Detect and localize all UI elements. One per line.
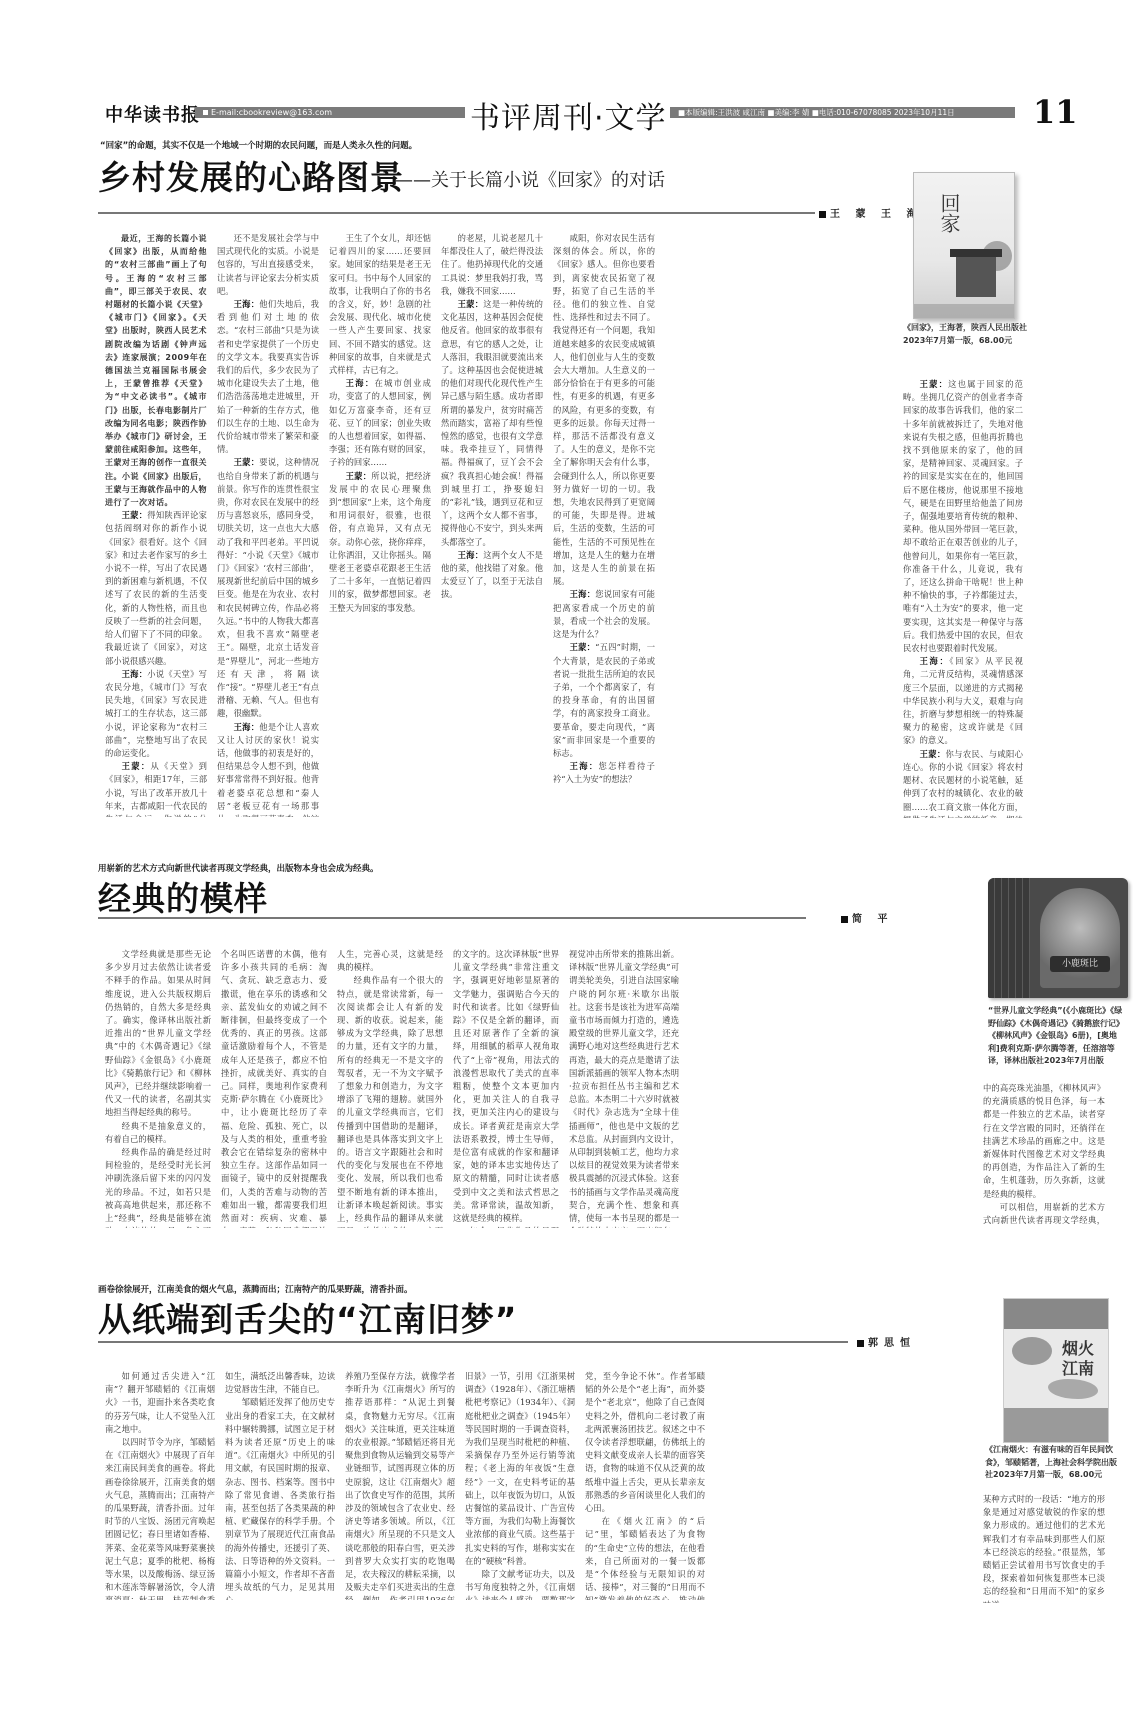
book-caption-jiangnan: 《江南烟火：有滋有味的百年民间饮食》，邹赜韬著，上海社会科学院出版社2023年7… [985, 1444, 1117, 1482]
paragraph: 得知陕西评论家包括阎纲对你的新作小说《回家》很看好。这个《回家》和过去老作家写的… [105, 510, 207, 665]
article-1-title: 乡村发展的心路图景 [98, 152, 404, 199]
paragraph: 这两个女人不是他的菜，他找错了对象。他太爱豆丫了，以至于无法自拔。 [441, 550, 543, 600]
article-3-byline: 郭思恒 [853, 1334, 916, 1349]
speaker-label: 王海： [122, 669, 148, 679]
paragraph: 《回家》从平民视角，二元背反结构，灵魂情感深度三个层面，以递进的方式揭秘中华民族… [903, 656, 1023, 745]
book-cover-huijia: 回家 [913, 172, 1015, 319]
speaker-label: 王蒙： [920, 749, 946, 759]
article-1-kicker: “回家”的命题，其实不仅是一个地域一个时期的农民问题，而是人类永久性的问题。 [100, 139, 417, 151]
page-number: 11 [1033, 93, 1078, 131]
paragraph: 王生了个女儿，却还惦记着四川的家……还要回家。她回家的结果是老王无家可归。书中每… [329, 233, 431, 375]
article-2-column-7: 中的高亮珠光油墨，《柳林风声》的充满质感的悦目色泽，每一本都是一件独立的艺术品，… [983, 1082, 1105, 1228]
paragraph: 他是个让人喜欢又让人讨厌的家伙！说实话，他做事的初衷是好的，但结果总令人想不到，… [217, 722, 319, 817]
speaker-label: 王蒙： [920, 379, 949, 389]
fish-illustration [1012, 1337, 1052, 1365]
article-1-intro: 最近，王海的长篇小说《回家》出版，从而给他的“农村三部曲”画上了句号。王海的“农… [105, 232, 207, 509]
masthead: 中华读书报 E-mail:cbookreview@163.com 书评周刊·文学… [95, 93, 1105, 143]
book-box-label: 小鹿斑比 [1050, 956, 1110, 972]
speaker-label: 王蒙： [234, 457, 260, 467]
paragraph: 如今，经典作品的呈现越来越受到人们的关注。毫无疑义，经典作品在那么多年的流转传播… [453, 1225, 559, 1228]
paragraph: 您怎样看待子衿“入土为安”的想法？ [553, 761, 655, 784]
book-cover-title: 烟火江南 [1062, 1339, 1108, 1379]
cover-top-band [1004, 1299, 1108, 1329]
speaker-label: 王海： [234, 722, 260, 732]
paragraph: 这也属于回家的范畴。坐拥几亿资产的创业者李奇回家的故事告诉我们，他的家二十多年前… [903, 379, 1023, 653]
paragraph: 在《烟火江南》的“后记”里，邹赜韬表达了为食物的“生命史”立传的想法，在他看来，… [585, 1515, 705, 1600]
paragraph: 个名叫匹诺曹的木偶，他有许多小孩共同的毛病：淘气、贪玩、缺乏意志力、爱撒谎，他在… [221, 948, 327, 1228]
newspaper-page: 中华读书报 E-mail:cbookreview@163.com 书评周刊·文学… [95, 0, 1105, 1725]
article-2-column-5: 视觉冲击所带来的推陈出新。译林版“世界儿童文学经典”可谓美轮美奂，引进自法国家喻… [569, 948, 679, 1228]
book-cover-jiangnan: 烟火江南 [1003, 1298, 1109, 1443]
paragraph: 经典作品的确是经过时间检验的，是经受时光长河冲刷洗涤后留下来的闪闪发光的珍品。不… [105, 1146, 211, 1228]
article-1-column-4: 的老屋，儿说老屋几十年都没住人了，破烂得没法住了。他扔掉现代化的交通工具说：梦里… [441, 232, 543, 817]
book-cover-title: 回家 [936, 193, 962, 233]
article-1-column-7 [777, 232, 887, 817]
article-1-column-3: 王生了个女儿，却还惦记着四川的家……还要回家。她回家的结果是老王无家可归。书中每… [329, 232, 431, 817]
speaker-label: 王蒙： [346, 471, 372, 481]
paragraph: 旧景》一节，引用《江浙果树调查》（1928年）、《浙江塘栖枇杷考察记》（1934… [465, 1370, 575, 1568]
book-spines [988, 878, 1030, 998]
paragraph: 邹赜韬还发挥了他历史专业出身的看家工夫，在文献材料中辗转腾挪，试图立足于材料为读… [225, 1396, 335, 1600]
paragraph: 在城市创业成功，变富了的人想回家，例如亿万富豪李奇，还有豆花、豆丫的回家；创业失… [329, 378, 431, 467]
paragraph: 以四时节令为序，邹赜韬在《江南烟火》中展现了百年来江南民间美食的画卷。将此画卷徐… [105, 1436, 215, 1600]
paragraph: 他们失地后，我看到他们对土地的依恋。“农村三部曲”只是为读者和史学家提供了一个历… [217, 299, 319, 454]
article-1-rule [98, 212, 906, 214]
paragraph: 经典不是抽象意义的，有着自己的模样。 [105, 1120, 211, 1146]
book-caption-classics: “世界儿童文学经典”(《小鹿斑比》《绿野仙踪》《木偶奇遇记》《骑鹅旅行记》《柳林… [988, 1005, 1128, 1068]
paragraph: 可以相信，用崭新的艺术方式向新世代读者再现文学经典，在智趣读者更好地提升对文学的… [983, 1201, 1105, 1228]
paragraph: 经典作品有一个很大的特点，就是常读常新，每一次阅读都会让人有新的发现、新的收获。… [337, 974, 443, 1228]
paragraph: 您说回家有可能把离家看成一个历史的前景，看成一个社会的发展。这是为什么？ [553, 589, 655, 639]
article-1-column-5: 咸阳，你对农民生活有深刻的体会。所以，你的《回家》感人。但你也要看到，离家使农民… [553, 232, 655, 817]
section-title: 书评周刊·文学 [470, 93, 667, 137]
paragraph: 中的高亮珠光油墨，《柳林风声》的充满质感的悦目色泽，每一本都是一件独立的艺术品，… [983, 1082, 1105, 1201]
paragraph: 如生，满纸泛出馨香味，边读边觉唇齿生津，不能自已。 [225, 1370, 335, 1396]
cover-bottom-band [1004, 1408, 1108, 1442]
article-3-title: 从纸端到舌尖的“江南旧梦” [98, 1294, 517, 1341]
article-2-title: 经典的模样 [98, 873, 268, 920]
paragraph: 党，至今争论不休”。作者邹赜韬的外公是个“老上海”，而外婆是个“老北京”，他除了… [585, 1370, 705, 1515]
article-1-column-1: 最近，王海的长篇小说《回家》出版，从而给他的“农村三部曲”画上了句号。王海的“农… [105, 232, 207, 817]
gate-illustration [956, 257, 996, 297]
article-3-column-5: 党，至今争论不休”。作者邹赜韬的外公是个“老上海”，而外婆是个“老北京”，他除了… [585, 1370, 705, 1600]
article-3-column-4: 旧景》一节，引用《江浙果树调查》（1928年）、《浙江塘栖枇杷考察记》（1934… [465, 1370, 575, 1600]
paragraph: 咸阳，你对农民生活有深刻的体会。所以，你的《回家》感人。但你也要看到，离家使农民… [553, 233, 655, 586]
paragraph: 要说，这种情况也给自身带来了新的机遇与前景。你写作的连贯性很宝贵，你对农民在发展… [217, 457, 319, 718]
paragraph: 某种方式时的一段话：“地方的形象是通过对感觉敏锐的作家的想象力形成的。通过他们的… [983, 1493, 1105, 1603]
article-1-column-6 [665, 232, 767, 817]
paragraph: 的文字的。这次译林版“世界儿童文学经典”非常注重文字，强调更好地彰显原著的文学魅… [453, 948, 559, 1225]
article-3-column-1: 如何通过舌尖进入“江南”？翻开邹赜韬的《江南烟火》一书，迎面扑来各类吃食的芬芳气… [105, 1370, 215, 1600]
newspaper-logo: 中华读书报 [105, 101, 200, 127]
speaker-label: 王海： [346, 378, 375, 388]
paragraph: 如何通过舌尖进入“江南”？翻开邹赜韬的《江南烟火》一书，迎面扑来各类吃食的芬芳气… [105, 1370, 215, 1436]
paragraph: “五四”时期，一个大背景，是农民的子弟或者说一批批生活所迫的农民子弟，一个个都离… [553, 642, 655, 758]
speaker-label: 王蒙： [570, 642, 596, 652]
speaker-label: 王海： [920, 656, 950, 666]
article-2-column-2: 个名叫匹诺曹的木偶，他有许多小孩共同的毛病：淘气、贪玩、缺乏意志力、爱撒谎，他在… [221, 948, 327, 1228]
speaker-label: 王海： [570, 761, 599, 771]
article-2-column-6 [689, 948, 801, 1228]
article-1-subtitle: ——关于长篇小说《回家》的对话 [395, 166, 665, 192]
article-2-byline: 简 平 [837, 910, 893, 925]
speaker-label: 王海： [234, 299, 260, 309]
paragraph: 还不是发展社会学与中国式现代化的实质。小说是包容的，写出直接感受来，让读者与评论… [217, 233, 319, 296]
article-3-column-2: 如生，满纸泛出馨香味，边读边觉唇齿生津，不能自已。 邹赜韬还发挥了他历史专业出身… [225, 1370, 335, 1600]
vegetable-illustration [1048, 1379, 1098, 1399]
paragraph: 人生，完善心灵，这就是经典的模样。 [337, 948, 443, 974]
paragraph: 除了文献考证功夫，以及书写角度独特之外，《江南烟火》读来令人感动，要数那字里行间… [465, 1568, 575, 1600]
article-2-column-1: 文学经典就是那些无论多少岁月过去依然让读者爱不释手的作品。如果从时间维度说，进入… [105, 948, 211, 1228]
paragraph: 养殖乃至保存方法，就像学者李昕升为《江南烟火》所写的推荐语那样：“从泥土到餐桌，… [345, 1370, 455, 1600]
article-1-column-8: 王蒙：这也属于回家的范畴。坐拥几亿资产的创业者李奇回家的故事告诉我们，他的家二十… [903, 378, 1023, 818]
paragraph: 的老屋，儿说老屋几十年都没住人了，破烂得没法住了。他扔掉现代化的交通工具说：梦里… [441, 233, 543, 296]
editor-info-bar: ■本版编辑:王洪波 咸江南 ■美编:李 婧 ■电话:010-67078085 2… [670, 107, 1015, 118]
paragraph: 视觉冲击所带来的推陈出新。译林版“世界儿童文学经典”可谓美轮美奂，引进自法国家喻… [569, 948, 679, 1228]
speaker-label: 王蒙： [458, 299, 484, 309]
article-2-rule [98, 917, 806, 919]
book-box-classics: 小鹿斑比 [988, 878, 1128, 998]
speaker-label: 王海： [458, 550, 484, 560]
ground-illustration [914, 304, 1014, 318]
paragraph: 小说《天堂》写农民分地，《城市门》写农民失地，《回家》写农民进城打工的生存状态，… [105, 669, 207, 758]
paragraph: 从《天堂》到《回家》，相距17年，三部小说，写出了改革开放几十年来，古都咸阳一代… [105, 761, 207, 817]
paragraph: 文学经典就是那些无论多少岁月过去依然让读者爱不释手的作品。如果从时间维度说，进入… [105, 948, 211, 1120]
article-2-column-4: 的文字的。这次译林版“世界儿童文学经典”非常注重文字，强调更好地彰显原著的文学魅… [453, 948, 559, 1228]
article-3-column-6: 某种方式时的一段话：“地方的形象是通过对感觉敏锐的作家的想象力形成的。通过他们的… [983, 1493, 1105, 1603]
email-bar: E-mail:cbookreview@163.com [195, 107, 465, 118]
article-1-column-2: 还不是发展社会学与中国式现代化的实质。小说是包容的，写出直接感受来，让读者与评论… [217, 232, 319, 817]
cover-arch-illustration [1040, 888, 1120, 988]
article-2-column-3: 人生，完善心灵，这就是经典的模样。 经典作品有一个很大的特点，就是常读常新，每一… [337, 948, 443, 1228]
book-caption-huijia: 《回家》，王海著，陕西人民出版社2023年7月第一版，68.00元 [903, 322, 1028, 347]
speaker-label: 王蒙： [122, 761, 151, 771]
paragraph: 这是一种传统的文化基因，这种基因会促使他反省。他回家的故事很有意思，有它的感人之… [441, 299, 543, 547]
paragraph: 你与农民、与咸阳心连心。你的小说《回家》将农村题材、农民题材的小说笔触，延伸到了… [903, 749, 1023, 818]
paragraph: 所以说，把经济发展中的农民心理聚焦到“想回家”上来，这个角度和用词很好，很雅，也… [329, 471, 431, 613]
speaker-label: 王蒙： [122, 510, 148, 520]
article-3-column-3: 养殖乃至保存方法，就像学者李昕升为《江南烟火》所写的推荐语那样：“从泥土到餐桌，… [345, 1370, 455, 1600]
article-1-byline: 王 蒙 王 海 [815, 205, 922, 220]
article-3-rule [98, 1341, 848, 1343]
speaker-label: 王海： [570, 589, 596, 599]
